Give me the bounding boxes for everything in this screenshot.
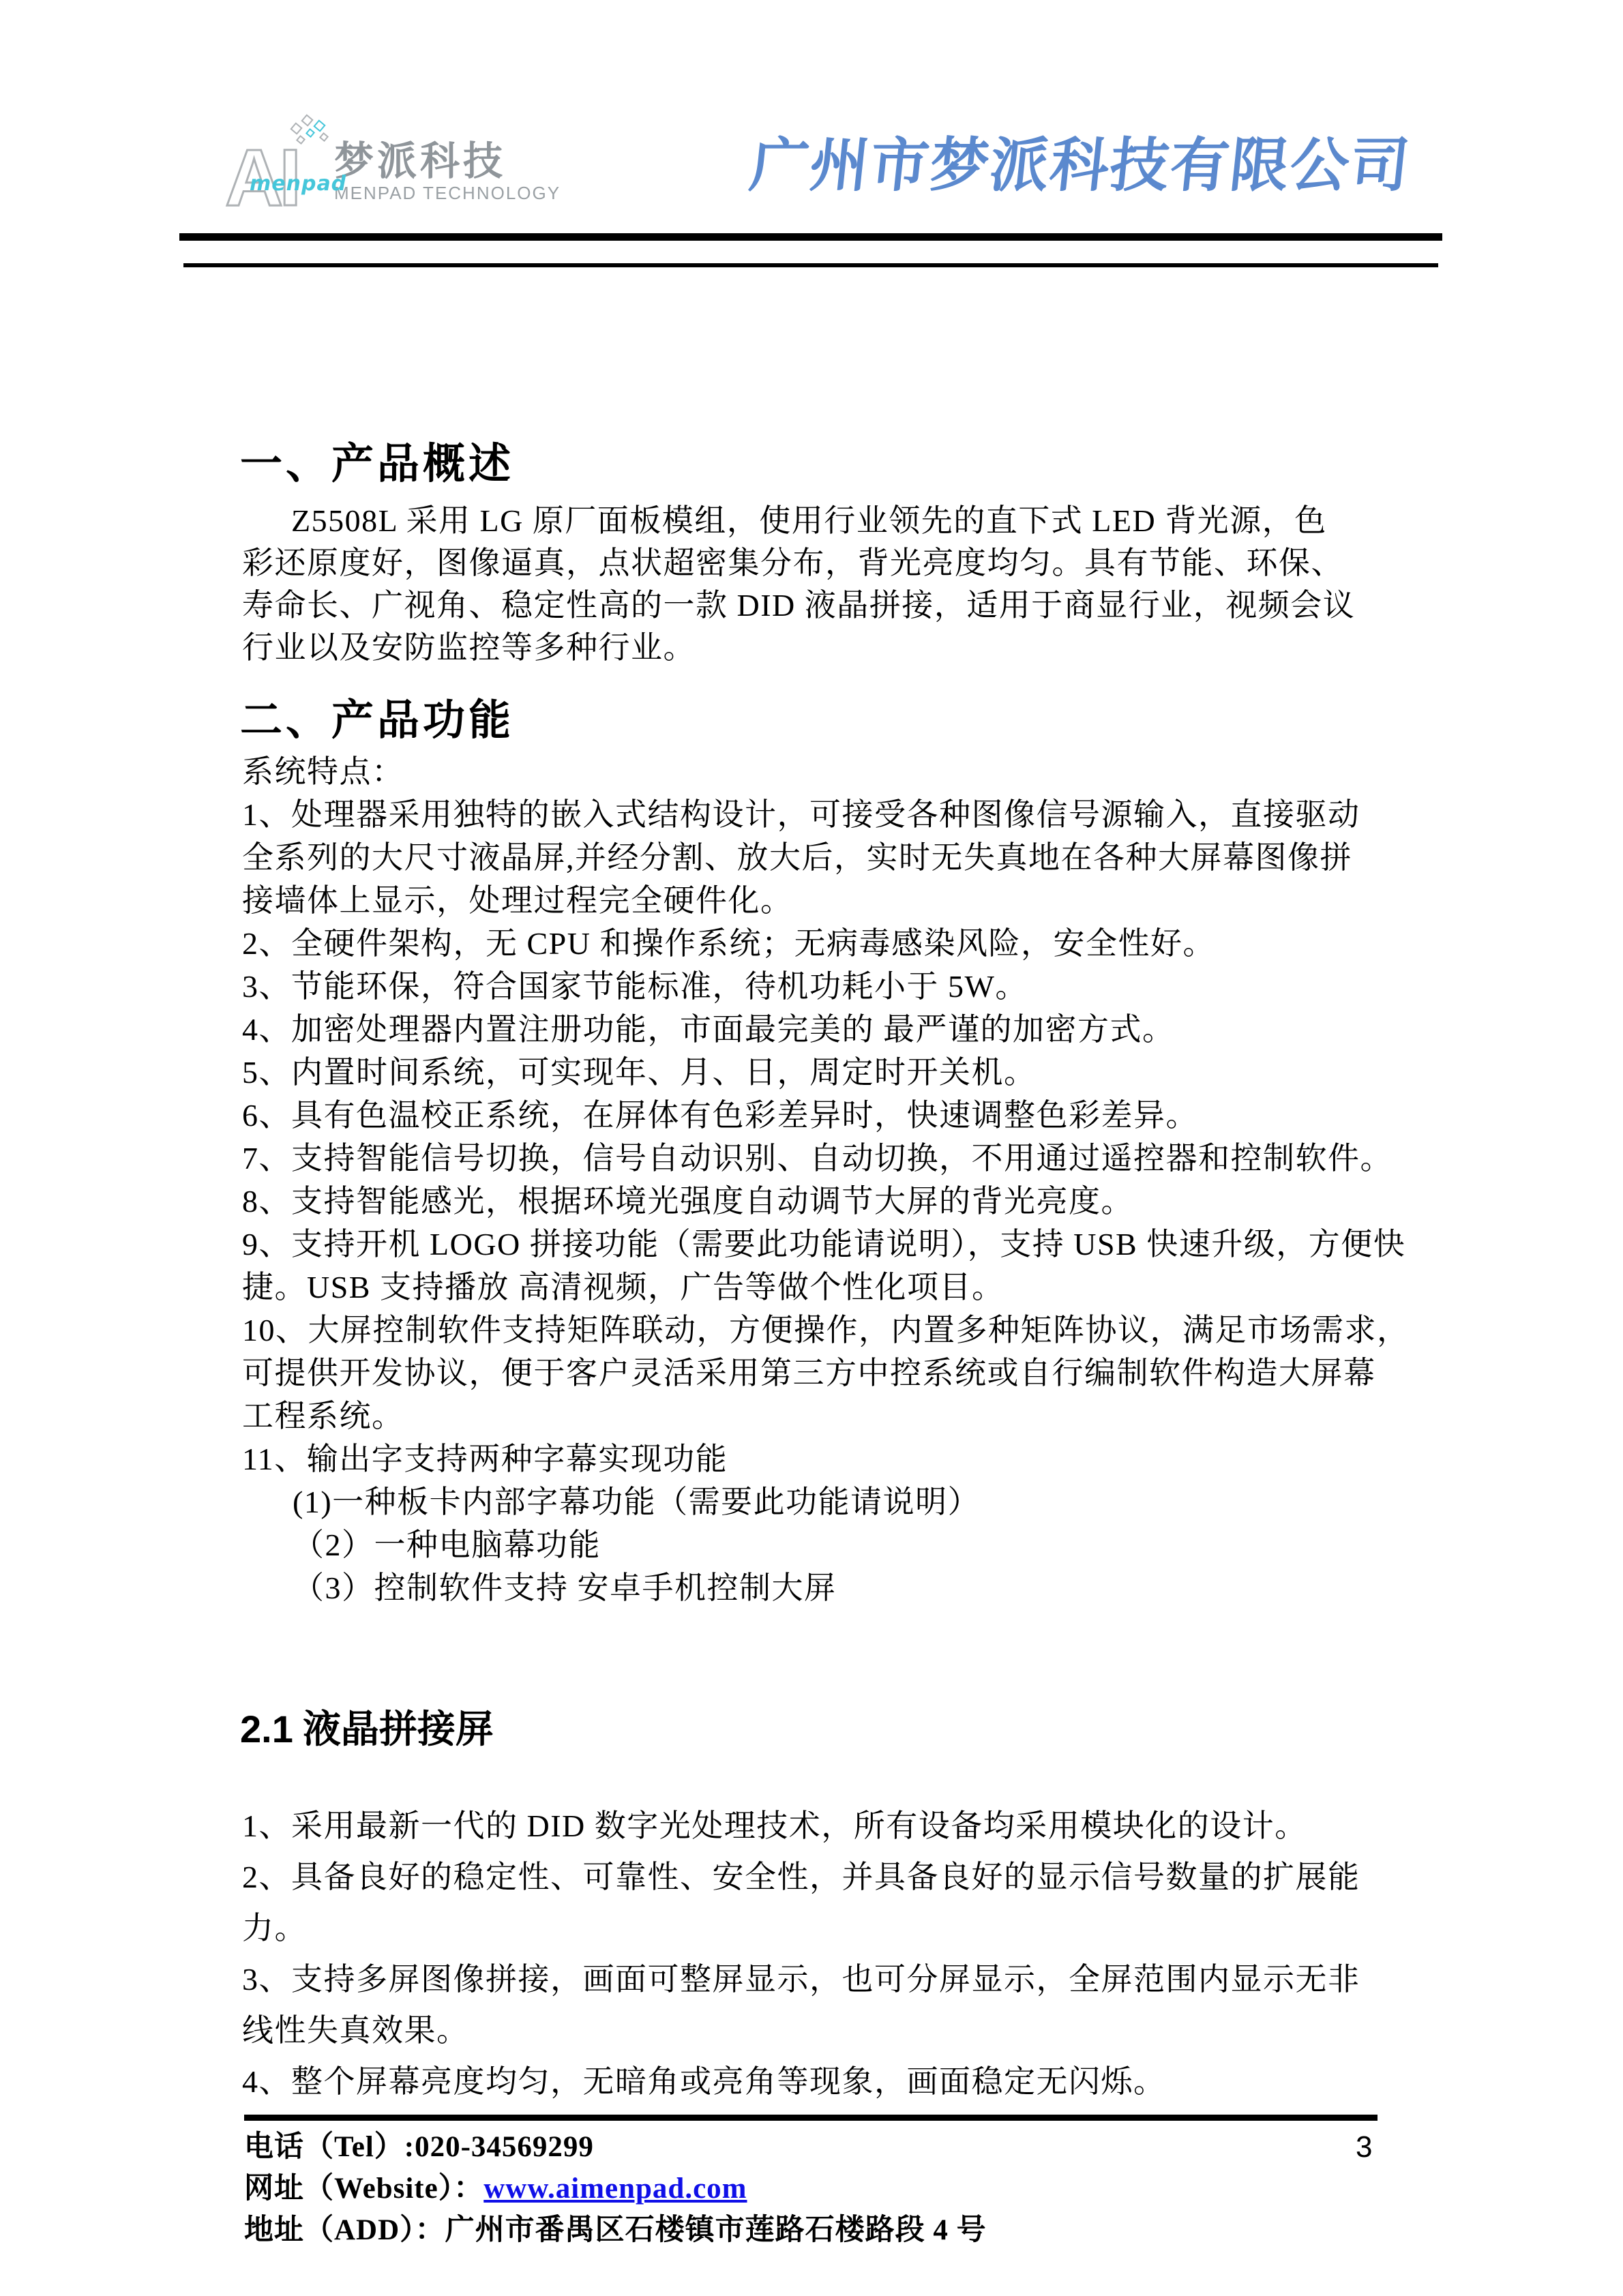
- feature-item: 2、全硬件架构，无 CPU 和操作系统；无病毒感染风险，安全性好。: [242, 922, 1388, 965]
- feature-item: 可提供开发协议，便于客户灵活采用第三方中控系统或自行编制软件构造大屏幕: [242, 1352, 1388, 1395]
- feature-item: 5、内置时间系统，可实现年、月、日，周定时开关机。: [242, 1051, 1388, 1094]
- website-link[interactable]: www.aimenpad.com: [483, 2173, 747, 2205]
- feature-item: 3、节能环保，符合国家节能标准，待机功耗小于 5W。: [242, 965, 1388, 1008]
- lcd-feature-list: 1、采用最新一代的 DID 数字光处理技术，所有设备均采用模块化的设计。 2、具…: [242, 1800, 1388, 2107]
- paragraph-line: Z5508L 采用 LG 原厂面板模组，使用行业领先的直下式 LED 背光源，色: [242, 500, 1388, 542]
- features-intro: 系统特点：: [242, 750, 1388, 793]
- footer-website: 网址（Website）：www.aimenpad.com: [244, 2168, 987, 2209]
- lcd-item: 2、具备良好的稳定性、可靠性、安全性，并具备良好的显示信号数量的扩展能: [242, 1851, 1388, 1903]
- section-features-title: 二、产品功能: [240, 686, 514, 747]
- feature-item: 6、具有色温校正系统，在屏体有色彩差异时，快速调整色彩差异。: [242, 1094, 1388, 1137]
- lcd-item: 3、支持多屏图像拼接，画面可整屏显示，也可分屏显示，全屏范围内显示无非: [242, 1954, 1388, 2005]
- logo-menpad-script: menpad: [250, 172, 346, 196]
- logo-company-name-en: MENPAD TECHNOLOGY: [334, 183, 561, 203]
- feature-item: 7、支持智能信号切换，信号自动识别、自动切换，不用通过遥控器和控制软件。: [242, 1137, 1388, 1180]
- page-number: 3: [1356, 2130, 1372, 2164]
- feature-item: 1、处理器采用独特的嵌入式结构设计，可接受各种图像信号源输入，直接驱动: [242, 793, 1388, 836]
- paragraph-line: 寿命长、广视角、稳定性高的一款 DID 液晶拼接，适用于商显行业，视频会议: [242, 584, 1388, 627]
- feature-subitem: （2）一种电脑幕功能: [242, 1523, 1388, 1566]
- company-title: 广州市梦派科技有限公司: [747, 134, 1414, 198]
- feature-item: 9、支持开机 LOGO 拼接功能（需要此功能请说明），支持 USB 快速升级，方…: [242, 1223, 1388, 1266]
- footer-website-label: 网址（Website）：: [244, 2173, 483, 2205]
- feature-subitem: （3）控制软件支持 安卓手机控制大屏: [242, 1566, 1388, 1609]
- feature-item: 8、支持智能感光，根据环境光强度自动调节大屏的背光亮度。: [242, 1180, 1388, 1223]
- page-footer: 电话（Tel）:020-34569299 网址（Website）：www.aim…: [244, 2126, 987, 2251]
- footer-tel: 电话（Tel）:020-34569299: [244, 2126, 987, 2168]
- feature-subitem: (1)一种板卡内部字幕功能（需要此功能请说明）: [242, 1480, 1388, 1523]
- feature-item: 工程系统。: [242, 1395, 1388, 1437]
- logo-text-column: 梦派科技 MENPAD TECHNOLOGY: [334, 117, 561, 203]
- overview-paragraph: Z5508L 采用 LG 原厂面板模组，使用行业领先的直下式 LED 背光源，色…: [242, 500, 1388, 669]
- document-page: AI menpad 梦派科技 MENPAD TECHNOLOGY 广州市梦派科技…: [0, 0, 1623, 2296]
- confetti-sparkle-icon: [285, 115, 333, 150]
- section-overview-title: 一、产品概述: [240, 430, 514, 490]
- lcd-item: 力。: [242, 1903, 1388, 1954]
- feature-item: 捷。USB 支持播放 高清视频，广告等做个性化项目。: [242, 1266, 1388, 1309]
- section-lcd-title-text: 液晶拼接屏: [303, 1709, 494, 1751]
- footer-address: 地址（ADD）：广州市番禺区石楼镇市莲路石楼路段 4 号: [244, 2209, 987, 2251]
- section-lcd-number: 2.1: [240, 1708, 293, 1750]
- header-rule-thick: [179, 233, 1442, 241]
- paragraph-line: 彩还原度好，图像逼真，点状超密集分布，背光亮度均匀。具有节能、环保、: [242, 542, 1388, 584]
- logo-company-name-cn: 梦派科技: [334, 140, 561, 181]
- company-logo: AI menpad 梦派科技 MENPAD TECHNOLOGY: [225, 117, 561, 213]
- lcd-item: 线性失真效果。: [242, 2005, 1388, 2056]
- header-rule-thin: [183, 263, 1438, 267]
- logo-ai-monogram: AI menpad: [225, 117, 329, 213]
- section-lcd-title: 2.1 液晶拼接屏: [240, 1699, 494, 1754]
- feature-item: 11、输出字支持两种字幕实现功能: [242, 1437, 1388, 1480]
- feature-item: 10、大屏控制软件支持矩阵联动，方便操作，内置多种矩阵协议，满足市场需求，: [242, 1309, 1388, 1352]
- feature-item: 4、加密处理器内置注册功能，市面最完美的 最严谨的加密方式。: [242, 1008, 1388, 1051]
- feature-item: 全系列的大尺寸液晶屏,并经分割、放大后，实时无失真地在各种大屏幕图像拼: [242, 836, 1388, 879]
- lcd-item: 4、整个屏幕亮度均匀，无暗角或亮角等现象，画面稳定无闪烁。: [242, 2056, 1388, 2107]
- feature-item: 接墙体上显示，处理过程完全硬件化。: [242, 879, 1388, 922]
- footer-rule: [244, 2115, 1378, 2121]
- features-list: 系统特点： 1、处理器采用独特的嵌入式结构设计，可接受各种图像信号源输入，直接驱…: [242, 750, 1388, 1609]
- paragraph-line: 行业以及安防监控等多种行业。: [242, 627, 1388, 669]
- lcd-item: 1、采用最新一代的 DID 数字光处理技术，所有设备均采用模块化的设计。: [242, 1800, 1388, 1851]
